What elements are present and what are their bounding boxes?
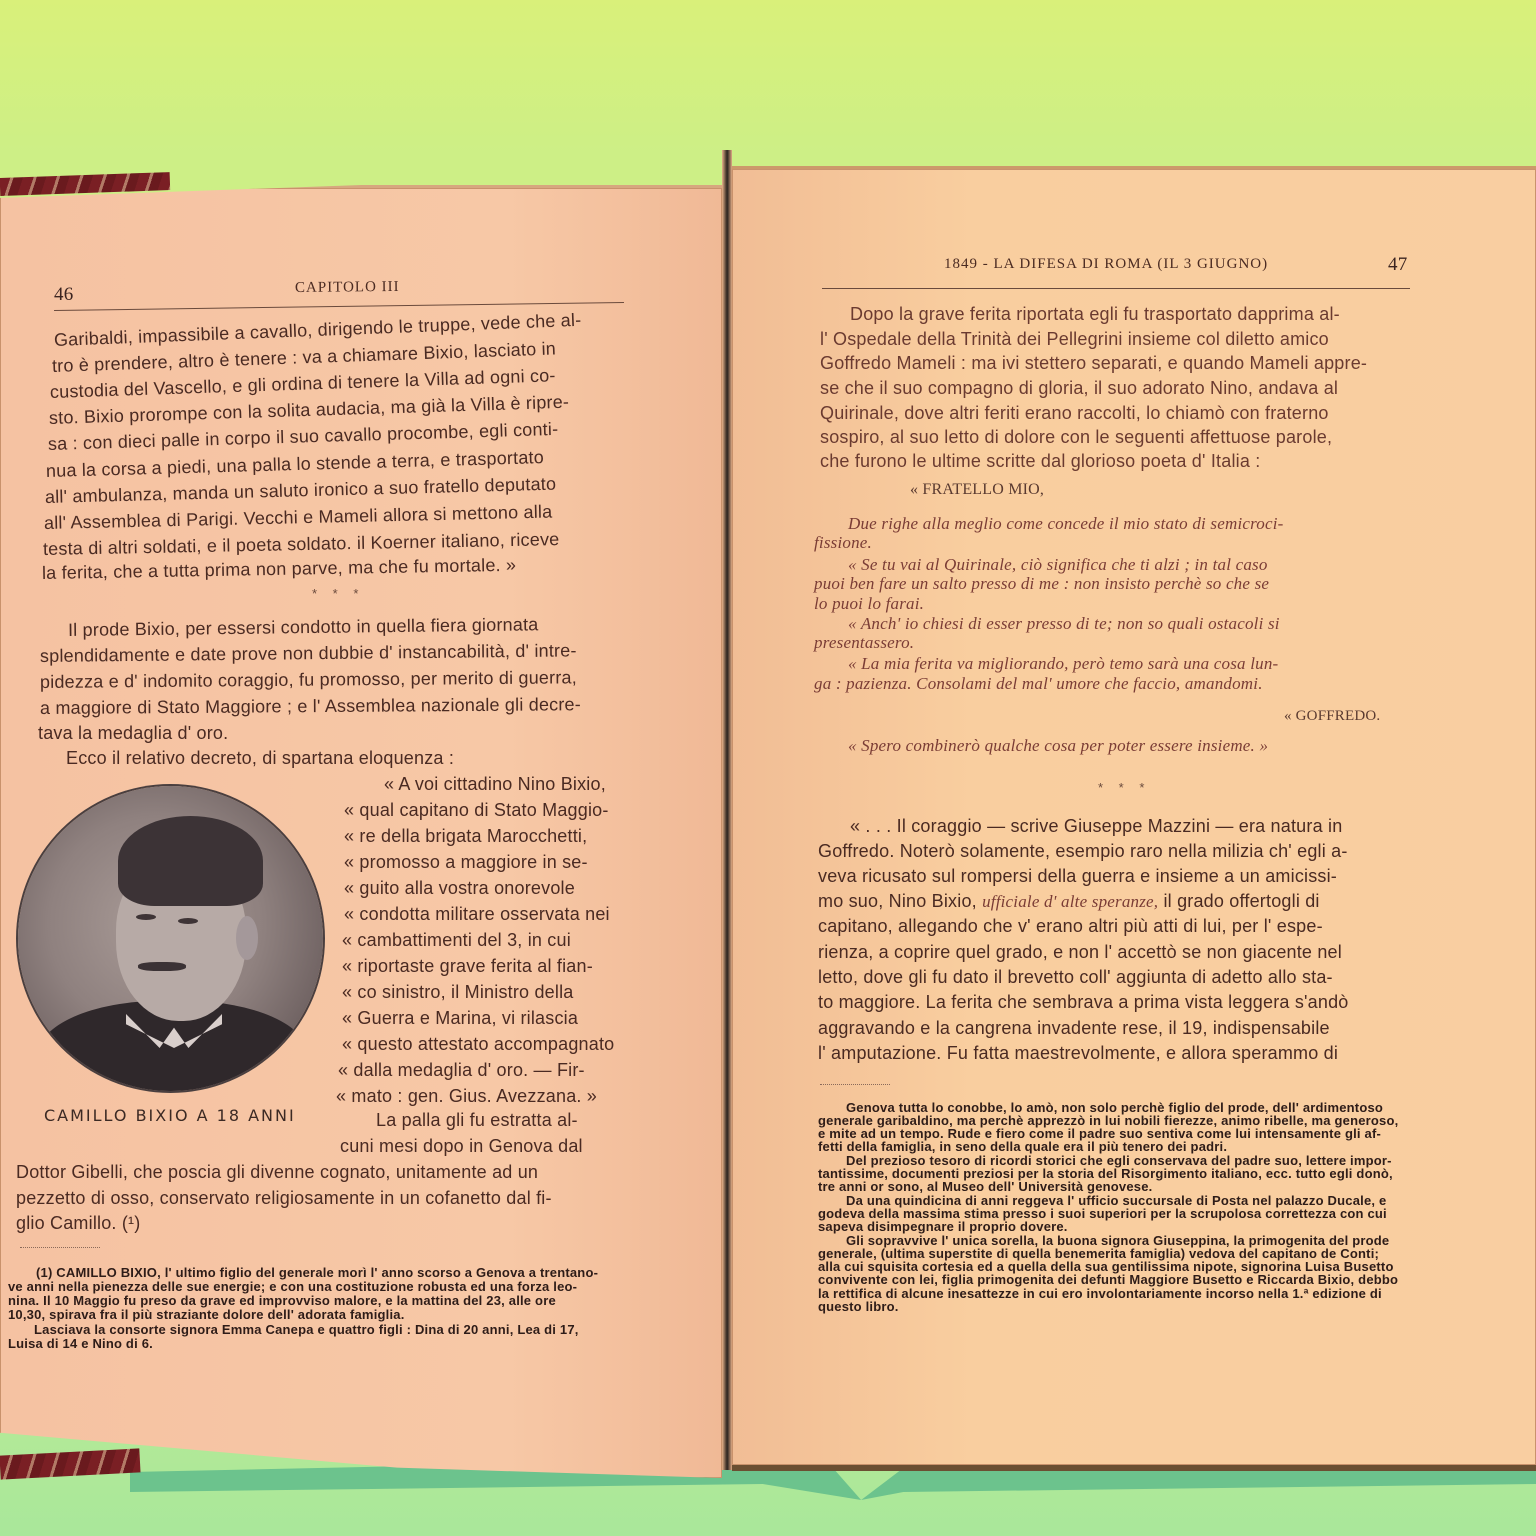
- page-number: 47: [1388, 254, 1407, 276]
- letter-salutation: « FRATELLO MIO,: [910, 481, 1044, 499]
- header-rule: [822, 288, 1410, 289]
- letter-postscript: « Spero combinerò qualche cosa per poter…: [848, 736, 1268, 756]
- footnote-rule: [820, 1084, 890, 1085]
- italic-phrase: ufficiale d' alte speranze,: [982, 892, 1158, 911]
- letter-signature: « GOFFREDO.: [1284, 708, 1380, 725]
- section-separator: * * *: [1098, 780, 1150, 795]
- right-page-content: 1849 - LA DIFESA DI ROMA (IL 3 GIUGNO) 4…: [0, 0, 1536, 1536]
- running-header: 1849 - LA DIFESA DI ROMA (IL 3 GIUGNO): [944, 256, 1268, 273]
